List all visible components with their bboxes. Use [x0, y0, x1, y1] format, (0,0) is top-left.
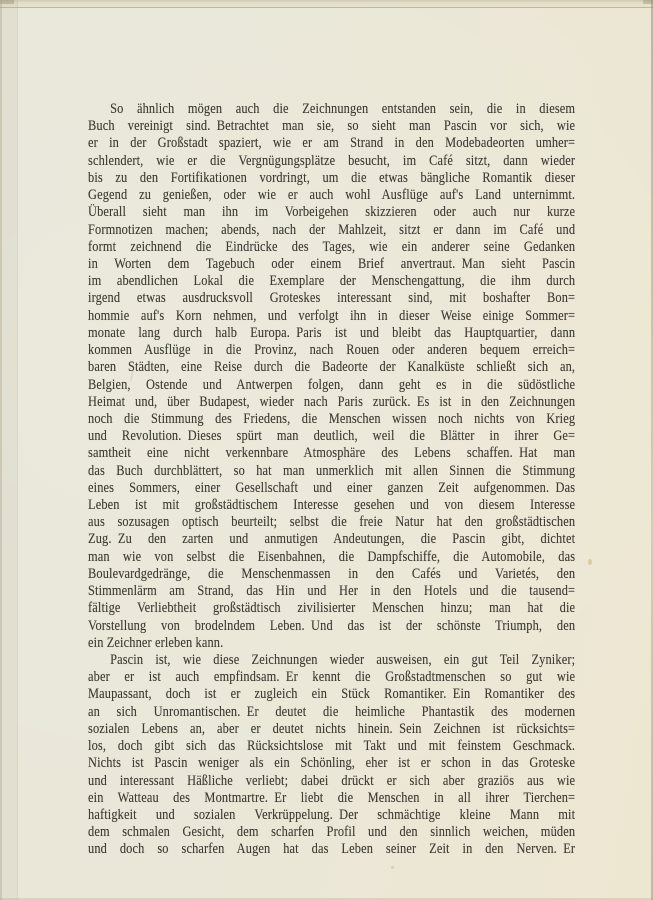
text-line: irgend etwas ausdrucksvoll Groteskes int…: [88, 290, 575, 307]
text-line: Überall sieht man ihn im Vorbeigehen ski…: [88, 204, 575, 221]
text-line: aber er ist auch empfindsam. Er kennt di…: [88, 669, 575, 686]
text-line: Belgien, Ostende und Antwerpen folgen, d…: [88, 377, 575, 394]
text-line: das Buch durchblättert, so hat man unmer…: [88, 463, 575, 480]
text-line: an sich Unromantischen. Er deutet die he…: [88, 704, 575, 721]
text-line: Zug. Zu den zarten und anmutigen Andeutu…: [88, 531, 575, 548]
text-line: man wie von selbst die Eisenbahnen, die …: [88, 549, 575, 566]
page-top-edge: [0, 0, 653, 8]
text-line: in Worten dem Tagebuch oder einem Brief …: [88, 256, 575, 273]
text-line: kommen Ausflüge in die Provinz, nach Rou…: [88, 342, 575, 359]
text-line: Leben ist mit großstädtischem Interesse …: [88, 497, 575, 514]
paragraph: Pascin ist, wie diese Zeichnungen wieder…: [88, 652, 575, 859]
text-line: Vorstellung von brodelndem Leben. Und da…: [88, 618, 575, 635]
text-line: haftigkeit und sozialen Verkrüppelung. D…: [88, 807, 575, 824]
text-line: Heimat und, über Budapest, wieder nach P…: [88, 394, 575, 411]
text-line: Stimmenlärm am Strand, das Hin und Her i…: [88, 583, 575, 600]
text-line: los, doch gibt sich das Rücksichtslose m…: [88, 738, 575, 755]
text-line: Gegend zu genießen, oder wie er auch woh…: [88, 187, 575, 204]
text-line: er in der Großstadt spaziert, wie er am …: [88, 135, 575, 152]
text-line: Boulevardgedränge, die Menschenmassen in…: [88, 566, 575, 583]
text-line: Nichts ist Pascin weniger als ein Schönl…: [88, 755, 575, 772]
paragraph: So ähnlich mögen auch die Zeichnungen en…: [88, 101, 575, 652]
page-crease: [0, 0, 18, 900]
text-line: schlendert, wie er die Vergnügungsplätze…: [88, 153, 575, 170]
text-line: noch die Stimmung des Friedens, die Mens…: [88, 411, 575, 428]
text-line: ein Zeichner erleben kann.: [88, 635, 575, 652]
text-line: und doch so scharfen Augen hat das Leben…: [88, 841, 575, 858]
text-line: fältige Verliebtheit großstädtisch zivil…: [88, 600, 575, 617]
text-line: hommie auf's Korn nehmen, und verfolgt i…: [88, 308, 575, 325]
text-line: und Revolution. Dieses spürt man deutlic…: [88, 428, 575, 445]
text-line: aus sozusagen optisch beurteilt; selbst …: [88, 514, 575, 531]
text-line: samtheit eine nicht verkennbare Atmosphä…: [88, 445, 575, 462]
text-line: Maupassant, doch ist er zugleich ein Stü…: [88, 686, 575, 703]
text-line: bis zu den Fortifikationen vordringt, um…: [88, 170, 575, 187]
text-line: und interessant Häßliche verliebt; dabei…: [88, 773, 575, 790]
text-line: dem schmalen Gesicht, dem scharfen Profi…: [88, 824, 575, 841]
page-text: So ähnlich mögen auch die Zeichnungen en…: [88, 101, 575, 859]
text-line: ein Watteau des Montmartre. Er liebt die…: [88, 790, 575, 807]
text-line: formt zeichnend die Eindrücke des Tages,…: [88, 239, 575, 256]
text-line: So ähnlich mögen auch die Zeichnungen en…: [88, 101, 575, 118]
page-left-edge: [0, 0, 2, 900]
paper-speck: [588, 559, 592, 565]
text-line: Pascin ist, wie diese Zeichnungen wieder…: [88, 652, 575, 669]
text-line: Buch vereinigt sind. Betrachtet man sie,…: [88, 118, 575, 135]
paper-speck: [391, 866, 394, 869]
text-line: eines Sommers, einer Gesellschaft und ei…: [88, 480, 575, 497]
text-line: baren Städten, eine Reise durch die Bade…: [88, 359, 575, 376]
text-line: Formnotizen machen; abends, nach der Mah…: [88, 222, 575, 239]
text-line: sozialen Lebens an, aber er deutet nicht…: [88, 721, 575, 738]
text-line: im abendlichen Lokal die Exemplare der M…: [88, 273, 575, 290]
text-line: monate lang durch halb Europa. Paris ist…: [88, 325, 575, 342]
book-page: So ähnlich mögen auch die Zeichnungen en…: [0, 0, 653, 900]
